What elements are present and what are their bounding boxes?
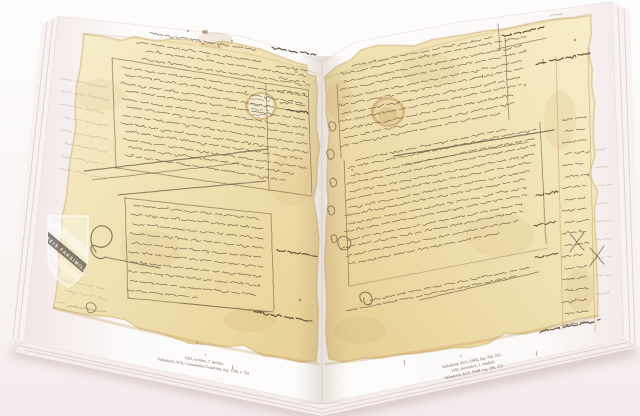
book: 1 1595, octubre, 7. Sevilla. Valladolid,… — [8, 2, 640, 416]
gutter-shadow — [296, 56, 348, 404]
photo-open-facsimile-book: 1 1595, octubre, 7. Sevilla. Valladolid,… — [0, 0, 640, 416]
